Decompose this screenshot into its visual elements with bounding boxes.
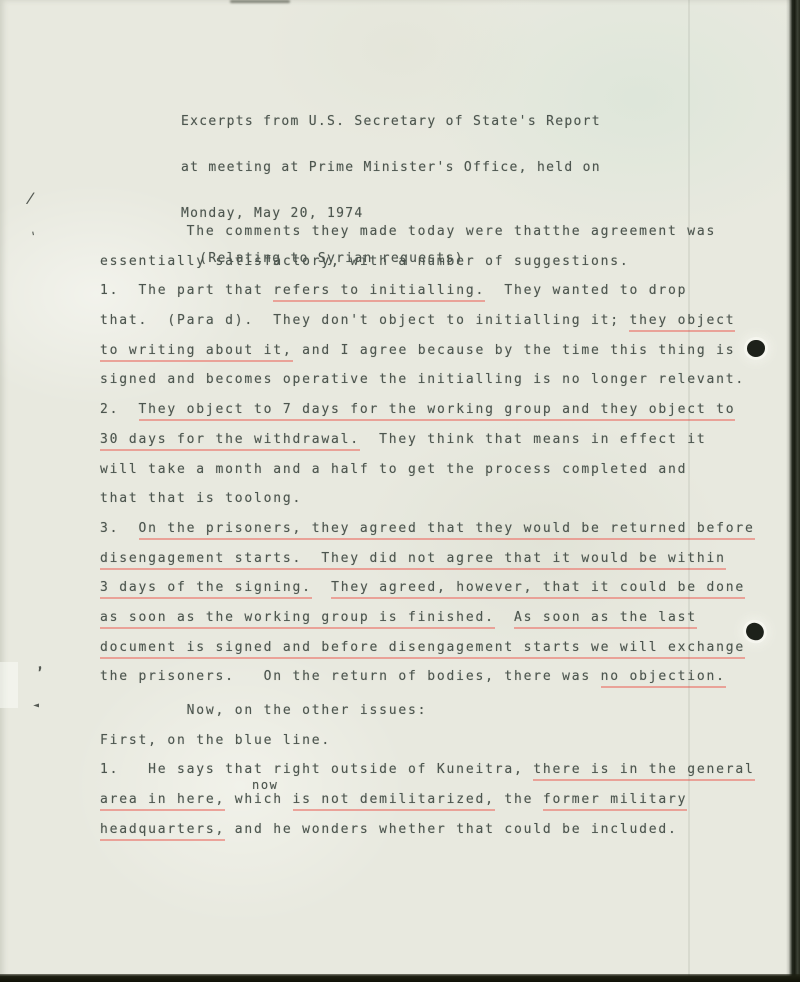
underlined-phrase: As soon as the last bbox=[514, 610, 697, 629]
underlined-phrase: refers to initialling. bbox=[273, 283, 485, 302]
text-segment: Now, on the other issues: bbox=[100, 703, 427, 718]
text-line: 30 days for the withdrawal. They think t… bbox=[100, 425, 755, 455]
document-page: Excerpts from U.S. Secretary of State's … bbox=[0, 0, 800, 982]
title-line-1: Excerpts from U.S. Secretary of State's … bbox=[181, 114, 601, 129]
underlined-phrase: to writing about it, bbox=[100, 343, 293, 362]
text-line: 1. He says that right outside of Kuneitr… bbox=[100, 755, 755, 785]
scan-light-patch bbox=[0, 662, 18, 708]
text-line: the prisoners. On the return of bodies, … bbox=[100, 662, 755, 692]
text-segment: 1. He says that right outside of Kuneitr… bbox=[100, 762, 533, 777]
underlined-phrase: They agreed, however, that it could be d… bbox=[331, 580, 745, 599]
text-segment: that that is toolong. bbox=[100, 491, 302, 506]
underlined-phrase: disengagement starts. They did not agree… bbox=[100, 551, 726, 570]
text-line: to writing about it, and I agree because… bbox=[100, 336, 755, 366]
inserted-word: now bbox=[252, 778, 278, 792]
text-segment: the bbox=[495, 792, 543, 807]
pen-mark-slash: / bbox=[25, 188, 36, 207]
underlined-phrase: area in here, bbox=[100, 792, 225, 811]
text-segment: The comments they made today were thatth… bbox=[100, 224, 716, 239]
text-segment: They think that means in effect it bbox=[360, 432, 707, 447]
text-line: will take a month and a half to get the … bbox=[100, 455, 755, 485]
underlined-phrase: document is signed and before disengagem… bbox=[100, 640, 745, 659]
text-segment: essentially satisfactory, with a number … bbox=[100, 254, 629, 269]
text-segment: signed and becomes operative the initial… bbox=[100, 372, 745, 387]
text-line: signed and becomes operative the initial… bbox=[100, 365, 755, 395]
underlined-phrase: no objection. bbox=[601, 669, 726, 688]
text-line: area in here, which is not demilitarized… bbox=[100, 785, 755, 815]
text-line: headquarters, and he wonders whether tha… bbox=[100, 815, 755, 845]
pen-mark-tick: ' bbox=[29, 229, 40, 245]
text-segment: that. (Para d). They don't object to ini… bbox=[100, 313, 629, 328]
title-line-2: at meeting at Prime Minister's Office, h… bbox=[181, 160, 601, 175]
text-segment: which bbox=[225, 792, 292, 807]
text-segment: First, on the blue line. bbox=[100, 733, 331, 748]
scan-edge-right bbox=[786, 0, 800, 982]
text-line: essentially satisfactory, with a number … bbox=[100, 247, 755, 277]
text-line: First, on the blue line. bbox=[100, 726, 755, 756]
underlined-phrase: On the prisoners, they agreed that they … bbox=[139, 521, 755, 540]
text-line: 1. The part that refers to initialling. … bbox=[100, 276, 755, 306]
document-body: The comments they made today were thatth… bbox=[100, 217, 755, 844]
text-line: that. (Para d). They don't object to ini… bbox=[100, 306, 755, 336]
underlined-phrase: is not demilitarized, bbox=[293, 792, 495, 811]
text-line: disengagement starts. They did not agree… bbox=[100, 544, 755, 574]
underlined-phrase: 30 days for the withdrawal. bbox=[100, 432, 360, 451]
underlined-phrase: They object to 7 days for the working gr… bbox=[139, 402, 736, 421]
underlined-phrase: headquarters, bbox=[100, 822, 225, 841]
text-segment bbox=[495, 610, 514, 625]
underlined-phrase: 3 days of the signing. bbox=[100, 580, 312, 599]
text-line: 2. They object to 7 days for the working… bbox=[100, 395, 755, 425]
text-line: Now, on the other issues: bbox=[100, 696, 755, 726]
text-line: The comments they made today were thatth… bbox=[100, 217, 755, 247]
text-segment: 1. The part that bbox=[100, 283, 273, 298]
text-segment: will take a month and a half to get the … bbox=[100, 462, 687, 477]
text-segment: 3. bbox=[100, 521, 139, 536]
text-line: document is signed and before disengagem… bbox=[100, 633, 755, 663]
scan-edge-bottom bbox=[0, 974, 800, 982]
text-line: that that is toolong. bbox=[100, 484, 755, 514]
text-segment bbox=[312, 580, 331, 595]
text-segment: and he wonders whether that could be inc… bbox=[225, 822, 677, 837]
hole-punch-dot-top bbox=[747, 340, 765, 357]
underlined-phrase: former military bbox=[543, 792, 687, 811]
underlined-phrase: they object bbox=[629, 313, 735, 332]
text-line: as soon as the working group is finished… bbox=[100, 603, 755, 633]
underlined-phrase: there is in the general bbox=[533, 762, 754, 781]
text-line: 3 days of the signing. They agreed, howe… bbox=[100, 573, 755, 603]
underlined-phrase: as soon as the working group is finished… bbox=[100, 610, 495, 629]
pen-mark-arrow: ◄ bbox=[33, 700, 39, 711]
text-line: 3. On the prisoners, they agreed that th… bbox=[100, 514, 755, 544]
text-segment: They wanted to drop bbox=[485, 283, 687, 298]
scan-smudge-top bbox=[230, 0, 290, 3]
paper-crease bbox=[688, 0, 690, 982]
text-segment: and I agree because by the time this thi… bbox=[293, 343, 736, 358]
text-segment: the prisoners. On the return of bodies, … bbox=[100, 669, 601, 684]
text-segment: 2. bbox=[100, 402, 139, 417]
pen-mark-comma: ‚ bbox=[34, 654, 45, 673]
